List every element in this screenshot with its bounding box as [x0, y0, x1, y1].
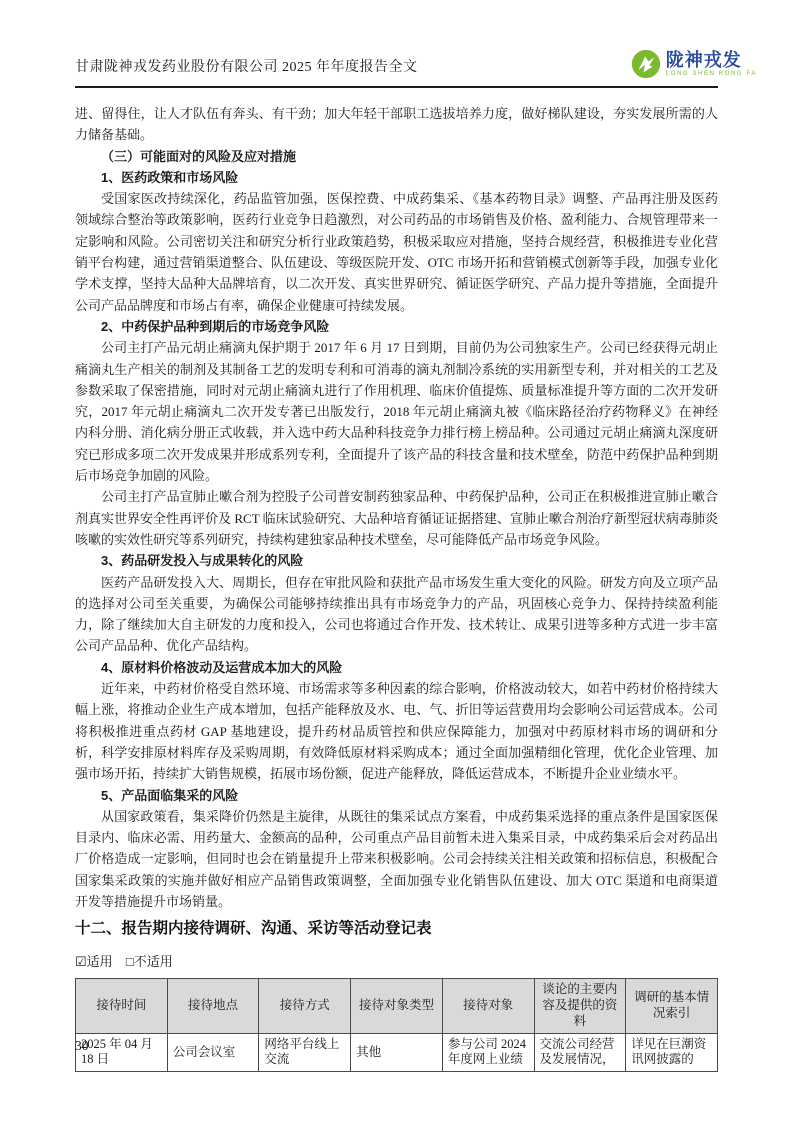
- risk-4-paragraph: 近年来，中药材价格受自然环境、市场需求等多种因素的综合影响，价格波动较大，如若中…: [75, 678, 718, 784]
- table-cell: 2025 年 04 月 18 日: [76, 1033, 168, 1072]
- risk-2-heading: 2、中药保护品种到期后的市场竞争风险: [75, 316, 718, 337]
- logo-name: 陇神戎发: [666, 51, 757, 69]
- table-header-cell: 接待对象: [442, 979, 534, 1033]
- page-number: 30: [75, 1038, 89, 1054]
- table-cell: 其他: [351, 1033, 443, 1072]
- paragraph-continuation: 进、留得住，让人才队伍有奔头、有干劲；加大年轻干部职工选拔培养力度，做好梯队建设…: [75, 103, 718, 146]
- activity-table: 接待时间 接待地点 接待方式 接待对象类型 接待对象 谈论的主要内容及提供的资料…: [75, 978, 718, 1072]
- logo-subtitle: LONG SHEN RONG FA: [666, 71, 757, 77]
- company-logo: 陇神戎发 LONG SHEN RONG FA: [631, 49, 757, 79]
- report-title: 甘肃陇神戎发药业股份有限公司 2025 年年度报告全文: [75, 58, 718, 78]
- activity-table-body: 2025 年 04 月 18 日 公司会议室 网络平台线上交流 其他 参与公司 …: [76, 1033, 718, 1072]
- risk-3-paragraph: 医药产品研发投入大、周期长，但存在审批风险和获批产品市场发生重大变化的风险。研发…: [75, 572, 718, 657]
- risk-1-paragraph: 受国家医改持续深化，药品监管加强，医保控费、中成药集采、《基本药物目录》调整、产…: [75, 188, 718, 316]
- table-header-cell: 谈论的主要内容及提供的资料: [534, 979, 626, 1033]
- table-header-cell: 接待对象类型: [351, 979, 443, 1033]
- table-header-cell: 接待方式: [259, 979, 351, 1033]
- risk-5-heading: 5、产品面临集采的风险: [75, 785, 718, 806]
- risk-section-heading: （三）可能面对的风险及应对措施: [75, 146, 718, 167]
- risk-4-heading: 4、原材料价格波动及运营成本加大的风险: [75, 657, 718, 678]
- table-header-cell: 调研的基本情况索引: [626, 979, 718, 1033]
- activity-table-head: 接待时间 接待地点 接待方式 接待对象类型 接待对象 谈论的主要内容及提供的资料…: [76, 979, 718, 1033]
- bird-icon: [631, 49, 661, 79]
- page-header: 甘肃陇神戎发药业股份有限公司 2025 年年度报告全文: [75, 0, 718, 88]
- risk-3-heading: 3、药品研发投入与成果转化的风险: [75, 550, 718, 571]
- not-applicable-checkbox: □不适用: [126, 954, 173, 969]
- table-header-cell: 接待时间: [76, 979, 168, 1033]
- table-header-row: 接待时间 接待地点 接待方式 接待对象类型 接待对象 谈论的主要内容及提供的资料…: [76, 979, 718, 1033]
- risk-5-paragraph: 从国家政策看，集采降价仍然是主旋律，从既往的集采试点方案看，中成药集采选择的重点…: [75, 806, 718, 912]
- table-cell: 交流公司经营及发展情况，: [534, 1033, 626, 1072]
- table-row: 2025 年 04 月 18 日 公司会议室 网络平台线上交流 其他 参与公司 …: [76, 1033, 718, 1072]
- table-cell: 网络平台线上交流: [259, 1033, 351, 1072]
- report-body: 进、留得住，让人才队伍有奔头、有干劲；加大年轻干部职工选拔培养力度，做好梯队建设…: [75, 103, 718, 1072]
- table-cell: 详见在巨潮资讯网披露的: [626, 1033, 718, 1072]
- logo-wordmark: 陇神戎发 LONG SHEN RONG FA: [666, 51, 757, 77]
- risk-1-heading: 1、医药政策和市场风险: [75, 167, 718, 188]
- applicable-checkbox: ☑适用: [75, 954, 113, 969]
- table-cell: 公司会议室: [167, 1033, 259, 1072]
- risk-2-paragraph-1: 公司主打产品元胡止痛滴丸保护期于 2017 年 6 月 17 日到期，目前仍为公…: [75, 337, 718, 486]
- applicability-row: ☑适用 □不适用: [75, 953, 718, 971]
- table-header-cell: 接待地点: [167, 979, 259, 1033]
- section-12-heading: 十二、报告期内接待调研、沟通、采访等活动登记表: [75, 918, 718, 940]
- risk-2-paragraph-2: 公司主打产品宣肺止嗽合剂为控股子公司普安制药独家品种、中药保护品种，公司正在积极…: [75, 486, 718, 550]
- table-cell: 参与公司 2024 年度网上业绩: [442, 1033, 534, 1072]
- report-page: 甘肃陇神戎发药业股份有限公司 2025 年年度报告全文 陇神戎发 LONG SH…: [0, 0, 793, 1122]
